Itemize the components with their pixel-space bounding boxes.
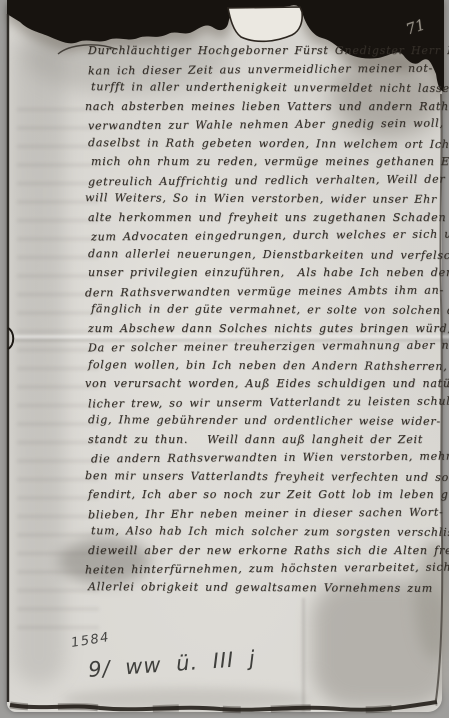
text-line: Da er solcher meiner treuherzigen vermah… xyxy=(88,339,440,360)
text-line: turfft in aller underthenigkeit unvermel… xyxy=(91,80,440,100)
text-line: blieben, Ihr Ehr neben meiner in dieser … xyxy=(88,505,440,526)
text-line: fänglich in der güte vermahnet, er solte… xyxy=(91,302,440,322)
text-line: dieweill aber der new erkorne Raths sich… xyxy=(88,544,440,563)
text-line: kan ich dieser Zeit aus unvermeidlicher … xyxy=(88,61,440,82)
text-line: tum, Also hab Ich mich solcher zum sorgs… xyxy=(91,524,440,544)
manuscript-text: Durchläuchtiger Hochgeborner Fürst Gnedi… xyxy=(88,44,440,599)
vertical-fold-crease xyxy=(302,598,305,712)
text-line: dig, Ihme gebührender und ordentlicher w… xyxy=(88,413,440,433)
text-line: von verursacht worden, Auß Eides schuldi… xyxy=(85,377,440,396)
text-line: heiten hinterfürnehmen, zum höchsten ver… xyxy=(85,561,440,582)
text-line: ben mir unsers Vatterlandts freyheit ver… xyxy=(85,469,440,489)
text-line: dern Rathsverwandten vermüge meines Ambt… xyxy=(85,283,440,304)
text-line: daselbst in Rath gebeten worden, Inn wel… xyxy=(88,136,440,156)
text-line: zum Abschew dann Solches nichts gutes br… xyxy=(88,322,440,341)
text-line: zum Advocaten eingedrungen, durch welche… xyxy=(91,228,440,249)
text-line: Allerlei obrigkeit und gewaltsamen Vorne… xyxy=(88,580,440,600)
text-line: mich ohn rhum zu reden, vermüge meines g… xyxy=(91,155,440,174)
text-line: will Weiters, So in Wien verstorben, wid… xyxy=(85,191,440,211)
verso-bleedthrough xyxy=(17,96,99,636)
text-line: folgen wollen, bin Ich neben den Andern … xyxy=(88,358,440,378)
text-line: fendirt, Ich aber so noch zur Zeit Gott … xyxy=(88,488,440,507)
gutter-shadow xyxy=(13,30,65,685)
text-line: verwandten zur Wahle nehmen Aber gnedig … xyxy=(88,117,440,138)
stain-bottom-band xyxy=(62,688,312,710)
text-line: dann allerlei neuerungen, Dienstbarkeite… xyxy=(88,247,440,267)
text-line: unser privilegien einzuführen, Als habe … xyxy=(88,266,440,285)
text-line: Durchläuchtiger Hochgeborner Fürst Gnedi… xyxy=(88,44,440,63)
text-line: die andern Rathsverwandten in Wien verst… xyxy=(91,450,440,471)
text-line: alte herkommen und freyheit uns zugethan… xyxy=(88,211,440,230)
text-line: getreulich Auffrichtig und redlich verha… xyxy=(88,172,440,193)
photo-background: 71 Durchläuchtiger Hochgeborner Fürst Gn… xyxy=(0,0,449,718)
text-line: licher trew, so wir unserm Vatterlandt z… xyxy=(88,394,440,415)
text-line: nach absterben meines lieben Vatters und… xyxy=(85,100,440,119)
text-line: standt zu thun. Weill dann auß langheit … xyxy=(88,433,440,452)
